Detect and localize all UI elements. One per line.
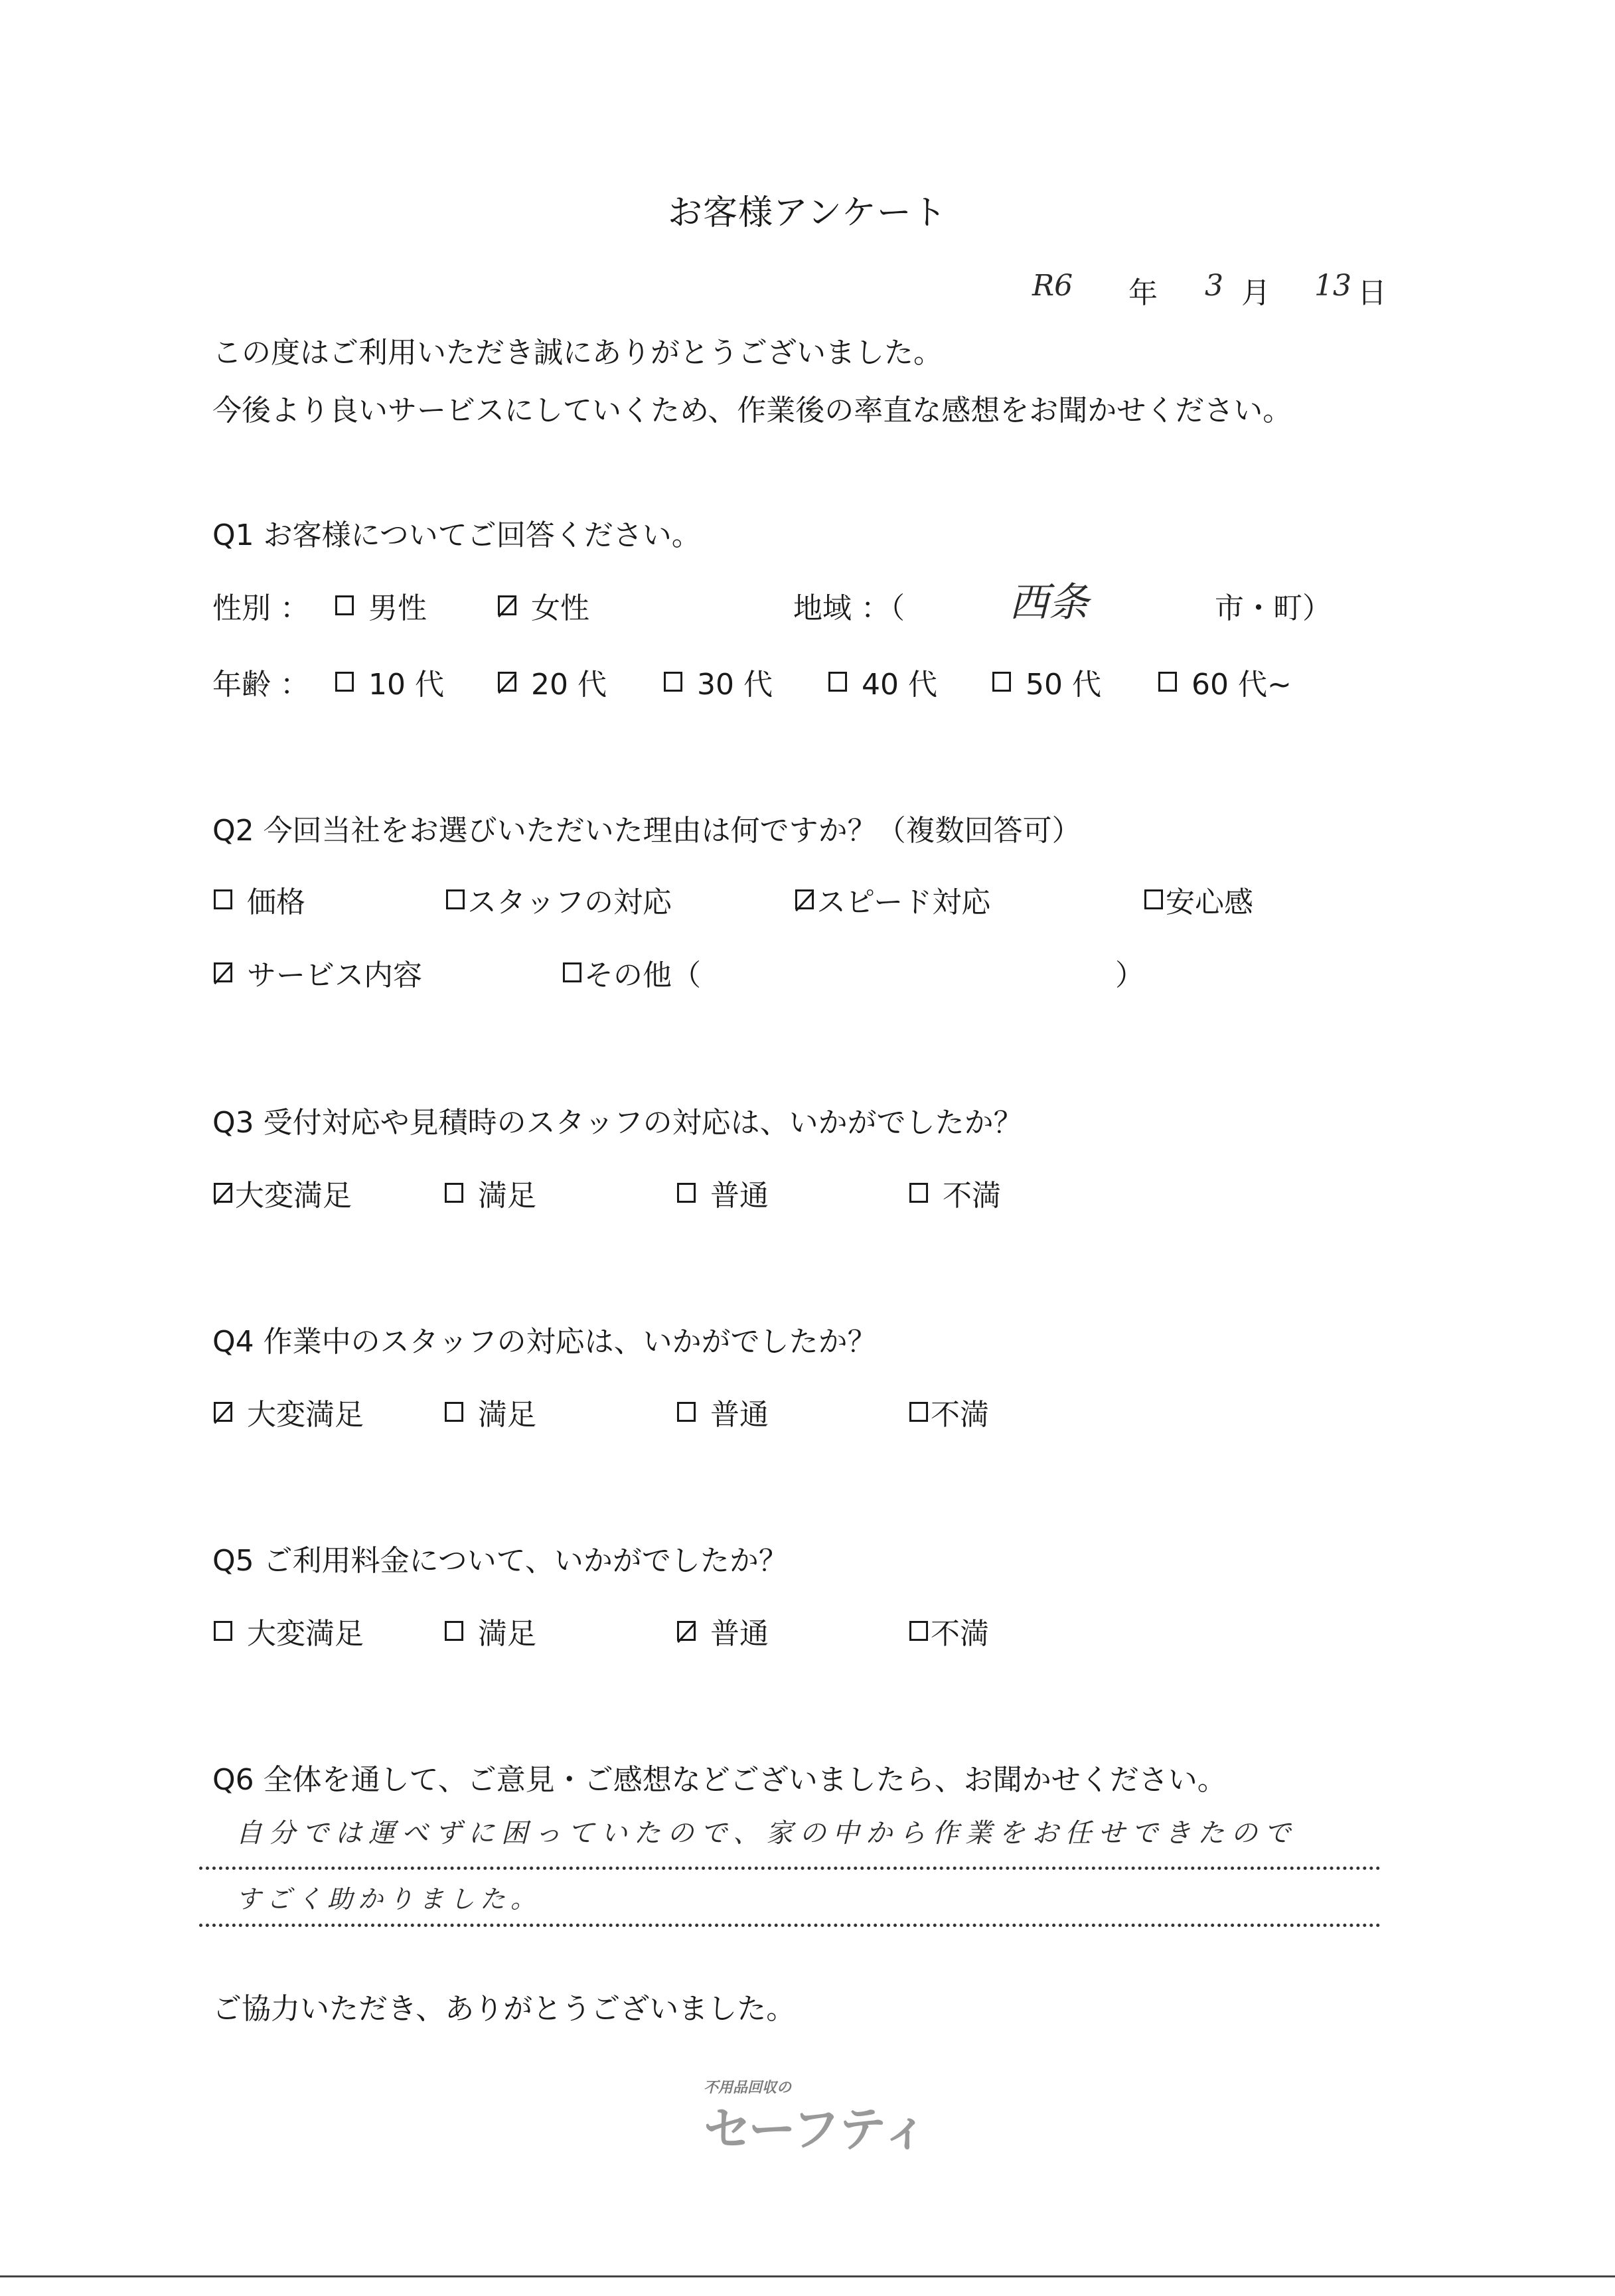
q2-other-close: ） — [1115, 951, 1144, 994]
option-label: 価格 — [247, 878, 305, 921]
intro-line-2: 今後より良いサービスにしていくため、作業後の率直な感想をお聞かせください。 — [212, 386, 1292, 429]
q2-option-service[interactable]: サービス内容 — [214, 951, 422, 994]
checked-checkbox-icon[interactable] — [214, 1402, 232, 1422]
q2-option-price[interactable]: 価格 — [214, 878, 305, 921]
age-option-50s[interactable]: 50 代 — [992, 660, 1101, 703]
checkbox-icon[interactable] — [1158, 672, 1177, 692]
option-label: サービス内容 — [247, 951, 422, 994]
age-option-10s[interactable]: 10 代 — [335, 660, 444, 703]
option-label: 不満 — [931, 1391, 989, 1433]
checkbox-icon[interactable] — [335, 672, 354, 692]
checkbox-icon[interactable] — [677, 1402, 696, 1422]
page-bottom-border — [0, 2275, 1615, 2277]
intro-line-1: この度はご利用いただき誠にありがとうございました。 — [212, 329, 943, 371]
checked-checkbox-icon[interactable] — [214, 1183, 232, 1203]
checkbox-icon[interactable] — [677, 1183, 696, 1203]
option-label: 20 代 — [531, 660, 607, 703]
option-label: 60 代~ — [1192, 660, 1292, 703]
gender-label: 性別 ： — [212, 584, 309, 627]
option-label: 普通 — [710, 1610, 769, 1652]
checkbox-icon[interactable] — [909, 1183, 928, 1203]
checkbox-icon[interactable] — [214, 889, 232, 909]
option-label: 普通 — [710, 1172, 769, 1214]
gender-option-female[interactable]: 女性 — [498, 584, 589, 627]
option-label: その他（ — [584, 951, 701, 994]
q5-option-satisfied[interactable]: 満足 — [445, 1610, 536, 1652]
date-month: 3 — [1205, 269, 1223, 303]
checkbox-icon[interactable] — [909, 1402, 928, 1422]
region-value[interactable]: 西条 — [1009, 571, 1089, 628]
q3-option-satisfied[interactable]: 満足 — [445, 1172, 536, 1214]
q5-option-average[interactable]: 普通 — [677, 1610, 769, 1652]
q2-option-speed[interactable]: スピード対応 — [795, 878, 990, 921]
gender-option-male[interactable]: 男性 — [335, 584, 427, 627]
option-label: 30 代 — [697, 660, 773, 703]
date-year-label: 年 — [1128, 269, 1158, 311]
answer-line-divider-2 — [199, 1924, 1381, 1927]
q2-option-other[interactable]: その他（ — [563, 951, 701, 994]
option-label: 女性 — [531, 584, 589, 627]
age-option-20s[interactable]: 20 代 — [498, 660, 607, 703]
survey-title: お客様アンケート — [0, 185, 1615, 234]
checkbox-icon[interactable] — [445, 1183, 463, 1203]
age-option-30s[interactable]: 30 代 — [664, 660, 773, 703]
q5-option-very-satisfied[interactable]: 大変満足 — [214, 1610, 364, 1652]
q2-option-staff[interactable]: スタッフの対応 — [446, 878, 672, 921]
checked-checkbox-icon[interactable] — [795, 889, 814, 909]
checkbox-icon[interactable] — [909, 1621, 928, 1641]
option-label: 大変満足 — [247, 1391, 364, 1433]
region-label: 地域 ：（ — [793, 584, 905, 627]
option-label: 10 代 — [368, 660, 444, 703]
age-option-40s[interactable]: 40 代 — [828, 660, 937, 703]
option-label: 満足 — [478, 1391, 536, 1433]
date-day-label: 日 — [1357, 269, 1387, 311]
checkbox-icon[interactable] — [563, 962, 581, 982]
q3-option-very-satisfied[interactable]: 大変満足 — [214, 1172, 352, 1214]
date-month-label: 月 — [1241, 269, 1270, 311]
q3-option-average[interactable]: 普通 — [677, 1172, 769, 1214]
date-day: 13 — [1314, 269, 1351, 303]
q4-option-average[interactable]: 普通 — [677, 1391, 769, 1433]
age-option-60s-plus[interactable]: 60 代~ — [1158, 660, 1292, 703]
option-label: 不満 — [931, 1610, 989, 1652]
option-label: 満足 — [478, 1610, 536, 1652]
option-label: 50 代 — [1026, 660, 1101, 703]
checkbox-icon[interactable] — [664, 672, 682, 692]
checkbox-icon[interactable] — [445, 1621, 463, 1641]
option-label: スピード対応 — [816, 878, 990, 921]
option-label: 大変満足 — [235, 1172, 352, 1214]
q4-option-dissatisfied[interactable]: 不満 — [909, 1391, 989, 1433]
q3-option-dissatisfied[interactable]: 不満 — [909, 1172, 1001, 1214]
option-label: 普通 — [710, 1391, 769, 1433]
closing-message: ご協力いただき、ありがとうございました。 — [212, 1985, 795, 2027]
q4-option-satisfied[interactable]: 満足 — [445, 1391, 536, 1433]
q4-option-very-satisfied[interactable]: 大変満足 — [214, 1391, 364, 1433]
option-label: 満足 — [478, 1172, 536, 1214]
checked-checkbox-icon[interactable] — [677, 1621, 696, 1641]
answer-line-divider-1 — [199, 1867, 1381, 1870]
q4-question: Q4 作業中のスタッフの対応は、いかがでしたか？ — [212, 1318, 877, 1360]
q6-answer-line-1[interactable]: 自分では運べずに困っていたので、家の中から作業をお任せできたので — [236, 1812, 1297, 1850]
option-label: 40 代 — [862, 660, 937, 703]
region-suffix: 市・町） — [1215, 584, 1332, 627]
q5-question: Q5 ご利用料金について、いかがでしたか？ — [212, 1537, 788, 1579]
q3-question: Q3 受付対応や見積時のスタッフの対応は、いかがでしたか？ — [212, 1099, 1023, 1141]
q2-option-reassurance[interactable]: 安心感 — [1144, 878, 1253, 921]
date-era-year: R6 — [1032, 269, 1073, 303]
checkbox-icon[interactable] — [828, 672, 847, 692]
checked-checkbox-icon[interactable] — [498, 595, 516, 615]
option-label: スタッフの対応 — [467, 878, 672, 921]
option-label: 不満 — [943, 1172, 1001, 1214]
checkbox-icon[interactable] — [445, 1402, 463, 1422]
age-label: 年齢 ： — [212, 660, 309, 703]
checkbox-icon[interactable] — [992, 672, 1011, 692]
checkbox-icon[interactable] — [335, 595, 354, 615]
checkbox-icon[interactable] — [446, 889, 465, 909]
checked-checkbox-icon[interactable] — [214, 962, 232, 982]
checkbox-icon[interactable] — [214, 1621, 232, 1641]
q6-question: Q6 全体を通して、ご意見・ご感想などございましたら、お聞かせください。 — [212, 1756, 1227, 1798]
q1-question: Q1 お客様についてご回答ください。 — [212, 511, 701, 554]
q5-option-dissatisfied[interactable]: 不満 — [909, 1610, 989, 1652]
option-label: 大変満足 — [247, 1610, 364, 1652]
checked-checkbox-icon[interactable] — [498, 672, 516, 692]
q6-answer-line-2[interactable]: すごく助かりました。 — [236, 1878, 541, 1915]
logo-name: セーフティ — [704, 2091, 928, 2160]
option-label: 男性 — [368, 584, 427, 627]
checkbox-icon[interactable] — [1144, 889, 1163, 909]
option-label: 安心感 — [1166, 878, 1253, 921]
q2-question: Q2 今回当社をお選びいただいた理由は何ですか？（複数回答可） — [212, 806, 1081, 849]
